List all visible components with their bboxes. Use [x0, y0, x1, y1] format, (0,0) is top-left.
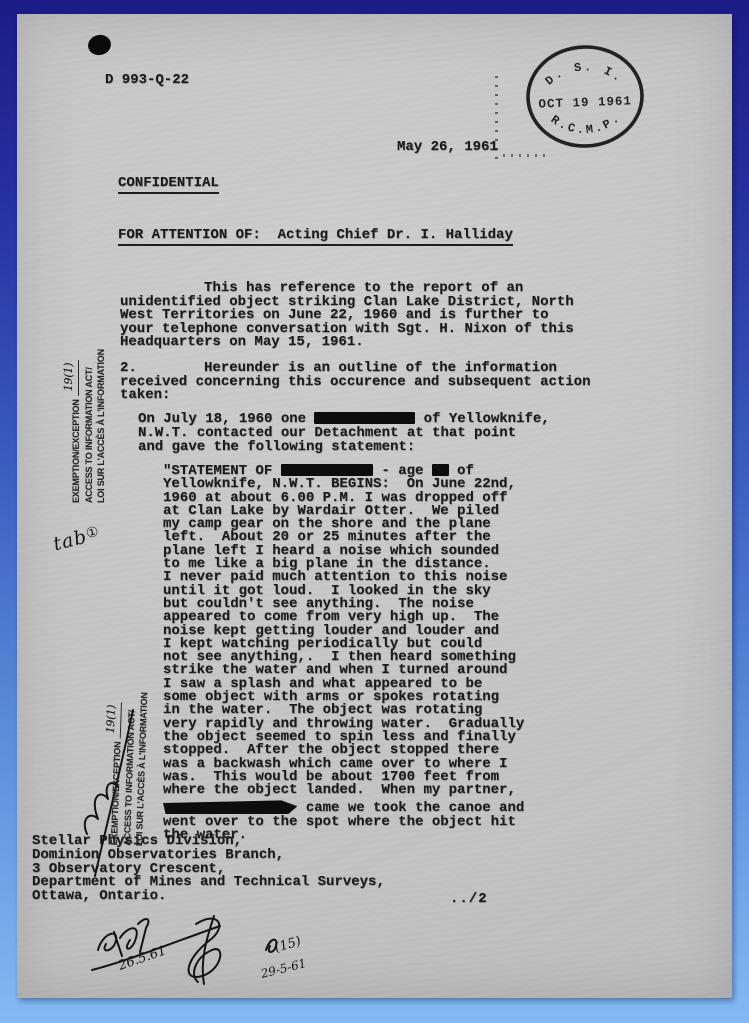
attention-heading: FOR ATTENTION OF: Acting Chief Dr. I. Ha… [118, 227, 513, 246]
file-number: D 993-Q-22 [105, 72, 189, 88]
paragraph-outline: 2. Hereunder is an outline of the inform… [120, 362, 590, 403]
stamp-top-text: D. S. I. [542, 59, 626, 89]
blue-border-frame: D 993-Q-22 D. S. I. OCT 19 1961 R.C.M.P.… [0, 0, 749, 1023]
punch-hole-mark [86, 33, 113, 57]
exemption-code-line: 19(1) [68, 360, 79, 396]
initials-scribble-2 [189, 916, 221, 984]
text-line: where the object landed. When my partner… [163, 784, 524, 797]
text-line: and gave the following statement: [138, 441, 550, 455]
classification-heading: CONFIDENTIAL [118, 175, 219, 194]
page-indicator: ../2 [450, 891, 488, 907]
redaction-bar [163, 800, 297, 814]
tab-annotation: tab① [51, 523, 102, 556]
exemption-line: ACCESS TO INFORMATION ACT/ [83, 345, 96, 503]
tab-note-circle: ① [84, 524, 100, 543]
exemption-stamp-upper: EXEMPTION/EXCEPTION19(1) ACCESS TO INFOR… [68, 345, 106, 503]
scan-speck-row [503, 154, 549, 157]
signature-annotations: 26.5.61 (15) 29-5-61 [90, 910, 345, 1000]
handwritten-note-2: (15) [273, 934, 303, 956]
paragraph-intro: This has reference to the report of anun… [120, 282, 574, 350]
date-line: May 26, 1961 [397, 139, 498, 155]
text-line: taken: [120, 389, 590, 403]
handwritten-exemption-code: 19(1) [63, 363, 76, 392]
handwritten-date-2: 29-5-61 [258, 956, 307, 981]
redaction-bar [432, 464, 449, 476]
tab-note-text: tab [51, 526, 89, 556]
handwritten-checkmark [75, 690, 157, 886]
stamp-bottom-text: R.C.M.P. [548, 110, 625, 138]
redaction-bar [281, 464, 373, 476]
paragraph-report: On July 18, 1960 one of Yellowknife,N.W.… [138, 410, 550, 454]
document-page: D 993-Q-22 D. S. I. OCT 19 1961 R.C.M.P.… [17, 14, 732, 998]
text-line: came we took the canoe and [163, 797, 524, 815]
exemption-line: LOI SUR L'ACCÈS À L'INFORMATION [95, 345, 108, 503]
exemption-label: EXEMPTION/EXCEPTION [71, 399, 81, 503]
rcmp-receipt-stamp: D. S. I. OCT 19 1961 R.C.M.P. [521, 41, 649, 152]
text-line: Headquarters on May 15, 1961. [120, 336, 574, 350]
diagonal-stroke [95, 710, 133, 876]
text-line: Ottawa, Ontario. [32, 890, 385, 904]
witness-statement: "STATEMENT OF - age ofYellowknife, N.W.T… [163, 462, 524, 842]
stamp-date: OCT 19 1961 [538, 94, 632, 111]
redaction-bar [314, 412, 415, 424]
text-line: received concerning this occurence and s… [120, 376, 590, 390]
exemption-line: EXEMPTION/EXCEPTION19(1) [68, 345, 83, 503]
check-scribble [85, 783, 118, 834]
